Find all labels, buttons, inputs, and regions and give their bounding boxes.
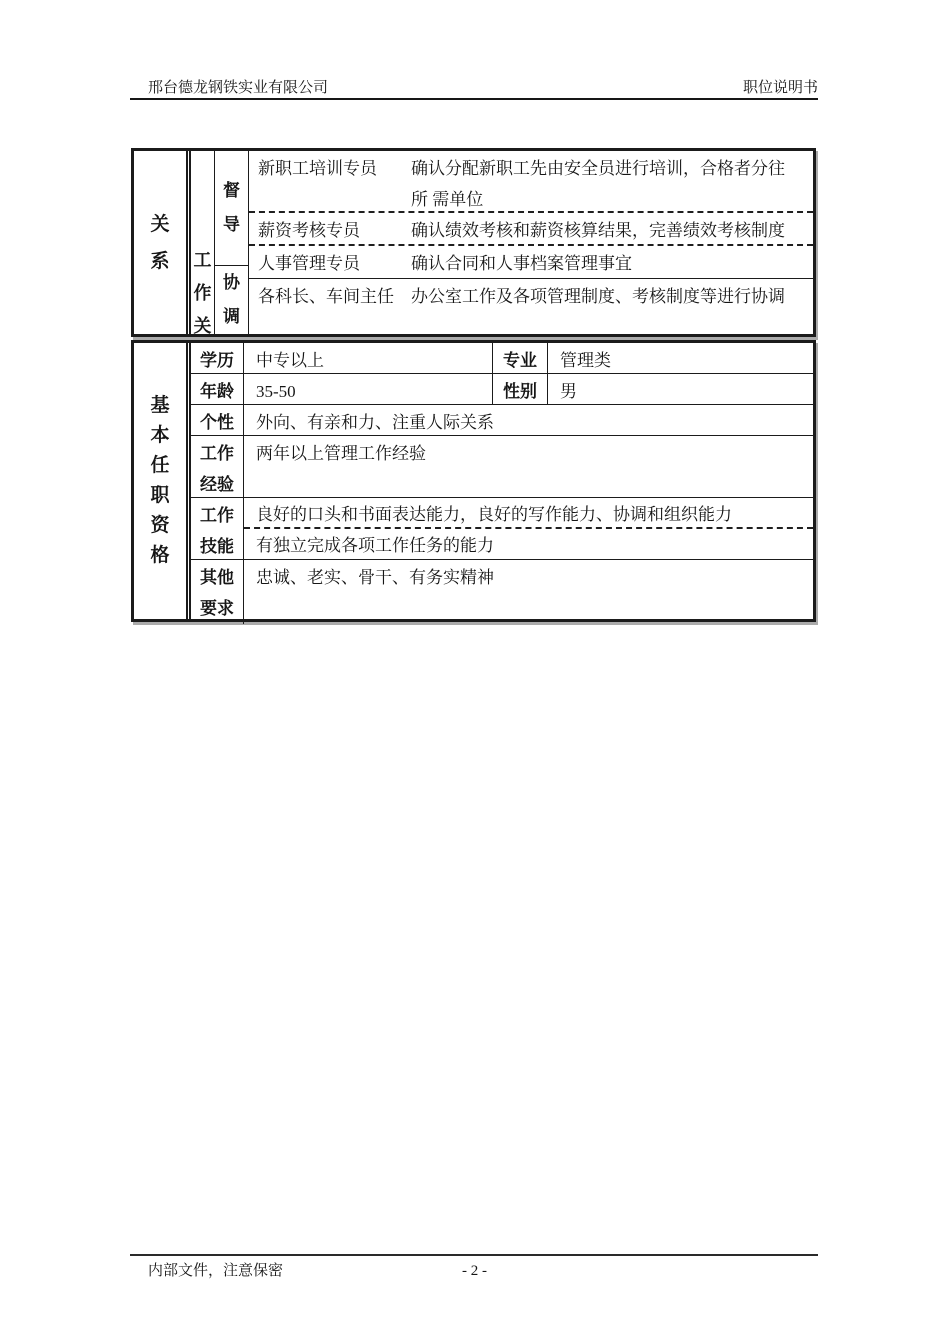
qualification-rows: 学历 中专以上 专业 管理类 年龄 35-50 性别 男 个性 外向、有亲和力、…	[186, 343, 813, 619]
table-row: 其他要求 忠诚、老实、骨干、有务实精神	[191, 560, 813, 624]
personality-label: 个性	[191, 405, 244, 435]
coordinate-label: 协调	[221, 266, 242, 334]
supervise-cell: 督导	[215, 151, 248, 266]
gender-value: 男	[548, 374, 813, 404]
table-row: 新职工培训专员 确认分配新职工先由安全员进行培训，合格者分往 所 需单位	[249, 151, 813, 213]
skills-value-line2: 有独立完成各项工作任务的能力	[244, 529, 813, 560]
header-rule	[130, 98, 818, 100]
relations-section-label: 关系	[150, 206, 171, 280]
relation-desc-line1: 确认分配新职工先由安全员进行培训，合格者分往	[411, 153, 809, 184]
company-name: 邢台德龙钢铁实业有限公司	[131, 78, 328, 98]
skills-value: 良好的口头和书面表达能力，良好的写作能力、协调和组织能力 有独立完成各项工作任务…	[244, 498, 813, 559]
relation-role: 新职工培训专员	[258, 153, 411, 211]
qualifications-section-header: 基本任职资格	[134, 343, 186, 619]
table-row: 薪资考核专员 确认绩效考核和薪资核算结果，完善绩效考核制度	[249, 213, 813, 246]
major-label: 专业	[492, 343, 548, 373]
page-number: - 2 -	[131, 1260, 818, 1282]
other-label: 其他要求	[191, 560, 244, 624]
age-label: 年龄	[191, 374, 244, 404]
page-footer: 内部文件，注意保密 - 2 -	[131, 1260, 818, 1282]
relation-desc: 办公室工作及各项管理制度、考核制度等进行协调	[411, 281, 809, 334]
personality-value: 外向、有亲和力、注重人际关系	[244, 405, 813, 435]
experience-value: 两年以上管理工作经验	[244, 436, 813, 497]
table-row: 各科长、车间主任 办公室工作及各项管理制度、考核制度等进行协调	[249, 279, 813, 334]
table-row: 人事管理专员 确认合同和人事档案管理事宜	[249, 246, 813, 279]
relations-section-header: 关系	[134, 151, 186, 334]
skills-label: 工作技能	[191, 498, 244, 559]
footer-rule	[130, 1254, 818, 1256]
relation-mode-column: 督导 协调	[215, 151, 249, 334]
coordinate-cell: 协调	[215, 266, 248, 334]
doc-title: 职位说明书	[743, 78, 818, 98]
table-row: 工作经验 两年以上管理工作经验	[191, 436, 813, 498]
qualifications-section-label: 基本任职资格	[150, 391, 171, 571]
relation-desc: 确认合同和人事档案管理事宜	[411, 248, 809, 278]
relation-desc: 确认分配新职工先由安全员进行培训，合格者分往 所 需单位	[411, 153, 809, 211]
relations-table: 关系 工作关 督导 协调 新职工培训专员 确认分配新职工先由安全员进行培训，合格…	[131, 148, 816, 337]
other-value: 忠诚、老实、骨干、有务实精神	[244, 560, 813, 624]
table-row: 个性 外向、有亲和力、注重人际关系	[191, 405, 813, 436]
age-value: 35-50	[244, 374, 492, 404]
relation-role: 薪资考核专员	[258, 215, 411, 244]
supervise-label: 督导	[221, 174, 242, 242]
major-value: 管理类	[548, 343, 813, 373]
relations-rows: 新职工培训专员 确认分配新职工先由安全员进行培训，合格者分往 所 需单位 薪资考…	[249, 151, 813, 334]
skills-value-line1: 良好的口头和书面表达能力，良好的写作能力、协调和组织能力	[244, 498, 813, 529]
work-relations-column: 工作关	[186, 151, 215, 334]
qualifications-table: 基本任职资格 学历 中专以上 专业 管理类 年龄 35-50 性别 男 个性 外…	[131, 340, 816, 622]
page-header: 邢台德龙钢铁实业有限公司 职位说明书	[131, 78, 818, 98]
education-value: 中专以上	[244, 343, 492, 373]
table-row: 年龄 35-50 性别 男	[191, 374, 813, 405]
gender-label: 性别	[492, 374, 548, 404]
relation-role: 各科长、车间主任	[258, 281, 411, 334]
education-label: 学历	[191, 343, 244, 373]
experience-label: 工作经验	[191, 436, 244, 497]
relation-desc-line2: 所 需单位	[411, 184, 809, 215]
work-relations-label: 工作关	[192, 244, 213, 334]
relation-desc: 确认绩效考核和薪资核算结果，完善绩效考核制度	[411, 215, 809, 244]
relation-role: 人事管理专员	[258, 248, 411, 278]
table-row: 学历 中专以上 专业 管理类	[191, 343, 813, 374]
table-row: 工作技能 良好的口头和书面表达能力，良好的写作能力、协调和组织能力 有独立完成各…	[191, 498, 813, 560]
